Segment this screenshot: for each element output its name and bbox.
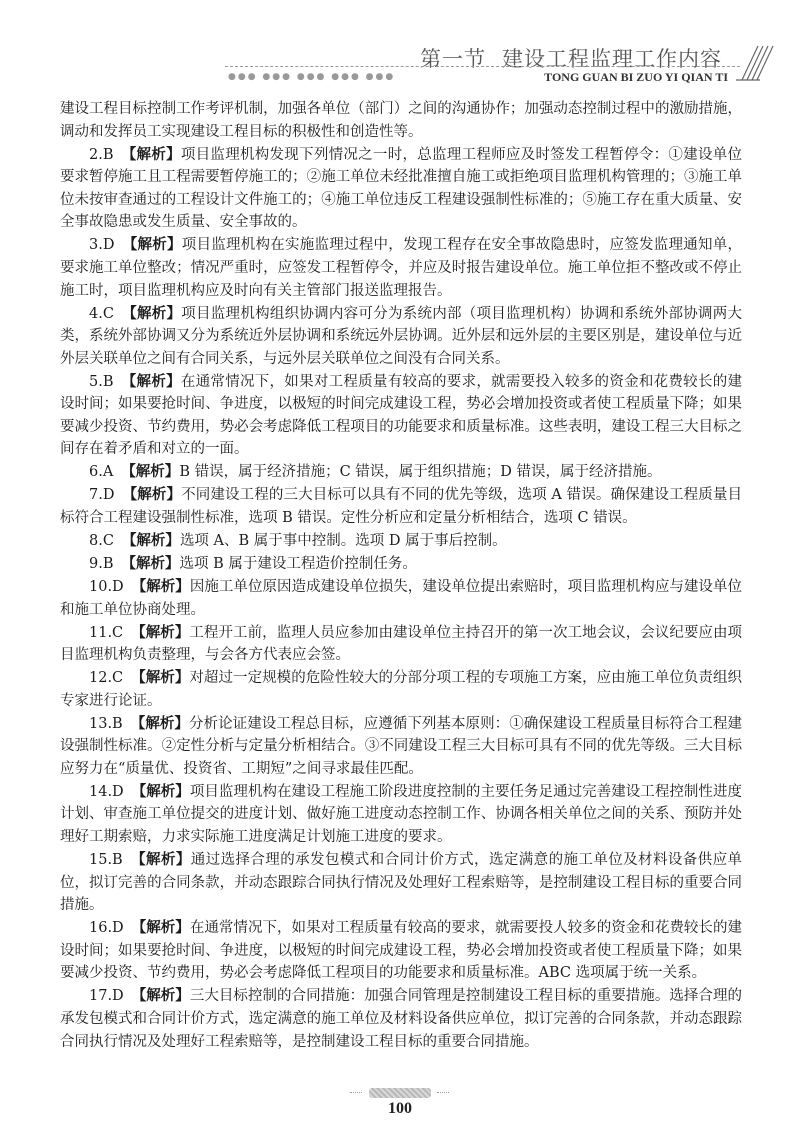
section-title: 建设工程监理工作内容 — [502, 47, 722, 71]
analysis-tag: 【解析】 — [132, 987, 190, 1004]
answer-number: 7.D — [89, 487, 114, 503]
answer-item-8: 8.C【解析】选项 A、B 属于事中控制。选项 D 属于事后控制。 — [60, 530, 742, 553]
answer-item-15: 15.B【解析】通过选择合理的承发包模式和合同计价方式，选定满意的施工单位及材料… — [60, 849, 742, 917]
header-pinyin: TONG GUAN BI ZUO YI QIAN TI — [544, 70, 728, 85]
footer-ornament — [369, 1088, 431, 1098]
answer-number: 16.D — [89, 920, 124, 936]
answer-item-9: 9.B【解析】选项 B 属于建设工程造价控制任务。 — [60, 553, 742, 576]
analysis-tag: 【解析】 — [122, 486, 181, 503]
analysis-tag: 【解析】 — [132, 919, 190, 936]
intro-paragraph: 建设工程目标控制工作考评机制，加强各单位（部门）之间的沟通协作；加强动态控制过程… — [60, 98, 742, 143]
answer-number: 14.D — [89, 784, 124, 800]
answer-item-2: 2.B【解析】项目监理机构发现下列情况之一时，总监理工程师应及时签发工程暂停令：… — [60, 144, 742, 234]
analysis-tag: 【解析】 — [131, 669, 189, 686]
answer-item-14: 14.D【解析】项目监理机构在建设工程施工阶段进度控制的主要任务足通过完善建设工… — [60, 781, 742, 849]
answer-text: 选项 A、B 属于事中控制。选项 D 属于事后控制。 — [180, 533, 507, 549]
diagonal-stripes-icon — [734, 44, 774, 82]
answer-text: 选项 B 属于建设工程造价控制任务。 — [180, 556, 417, 572]
analysis-tag: 【解析】 — [132, 578, 190, 595]
analysis-tag: 【解析】 — [132, 783, 190, 800]
answer-number: 2.B — [89, 147, 114, 163]
answer-number: 3.D — [89, 237, 114, 253]
answer-number: 17.D — [89, 988, 124, 1004]
answer-number: 8.C — [89, 533, 114, 549]
analysis-tag: 【解析】 — [122, 555, 180, 572]
header-dots-decoration: ●●● ●●● ●●● ●●● ●●● — [228, 72, 395, 82]
answer-number: 15.B — [89, 852, 123, 868]
answer-item-5: 5.B【解析】在通常情况下，如果对工程质量有较高的要求，就需要投入较多的资金和花… — [60, 371, 742, 461]
section-label: 第一节 — [420, 47, 486, 71]
answer-item-7: 7.D【解析】不同建设工程的三大目标可以具有不同的优先等级，选项 A 错误。确保… — [60, 484, 742, 529]
answer-item-10: 10.D【解析】因施工单位原因造成建设单位损失，建设单位提出索赔时，项目监理机构… — [60, 576, 742, 621]
analysis-tag: 【解析】 — [121, 463, 179, 480]
footer-divider-left — [350, 1092, 362, 1093]
analysis-tag: 【解析】 — [122, 305, 181, 322]
analysis-tag: 【解析】 — [131, 624, 189, 641]
answer-number: 6.A — [89, 464, 113, 480]
footer-divider-right — [437, 1092, 449, 1093]
analysis-tag: 【解析】 — [122, 146, 181, 163]
page-header: 第一节建设工程监理工作内容 ●●● ●●● ●●● ●●● ●●● TONG G… — [0, 0, 800, 92]
answer-item-17: 17.D【解析】三大目标控制的合同措施：加强合同管理是控制建设工程目标的重要措施… — [60, 985, 742, 1053]
answer-item-4: 4.C【解析】项目监理机构组织协调内容可分为系统内部（项目监理机构）协调和系统外… — [60, 303, 742, 371]
answer-explanations: 建设工程目标控制工作考评机制，加强各单位（部门）之间的沟通协作；加强动态控制过程… — [60, 98, 742, 1054]
analysis-tag: 【解析】 — [122, 532, 180, 549]
answer-item-6: 6.A【解析】B 错误，属于经济措施；C 错误，属于组织措施；D 错误，属于经济… — [60, 461, 742, 484]
analysis-tag: 【解析】 — [122, 373, 181, 390]
analysis-tag: 【解析】 — [122, 236, 181, 253]
answer-number: 10.D — [89, 579, 124, 595]
header-divider — [225, 66, 740, 67]
answer-number: 9.B — [89, 556, 114, 572]
analysis-tag: 【解析】 — [131, 715, 189, 732]
analysis-tag: 【解析】 — [131, 851, 191, 868]
answer-text: B 错误，属于经济措施；C 错误，属于组织措施；D 错误，属于经济措施。 — [179, 464, 661, 480]
answer-item-13: 13.B【解析】分析论证建设工程总目标，应遵循下列基本原则：①确保建设工程质量目… — [60, 713, 742, 781]
answer-number: 12.C — [89, 670, 123, 686]
chapter-heading: 第一节建设工程监理工作内容 — [420, 43, 722, 73]
answer-number: 11.C — [89, 625, 123, 641]
answer-number: 5.B — [89, 374, 114, 390]
answer-item-3: 3.D【解析】项目监理机构在实施监理过程中，发现工程存在安全事故隐患时，应签发监… — [60, 234, 742, 302]
answer-number: 4.C — [89, 306, 114, 322]
answer-number: 13.B — [89, 716, 123, 732]
answer-item-11: 11.C【解析】工程开工前，监理人员应参加由建设单位主持召开的第一次工地会议，会… — [60, 622, 742, 667]
answer-item-12: 12.C【解析】对超过一定规模的危险性较大的分部分项工程的专项施工方案，应由施工… — [60, 667, 742, 712]
answer-item-16: 16.D【解析】在通常情况下，如果对工程质量有较高的要求，就需要投人较多的资金和… — [60, 917, 742, 985]
page-number: 100 — [0, 1100, 800, 1118]
